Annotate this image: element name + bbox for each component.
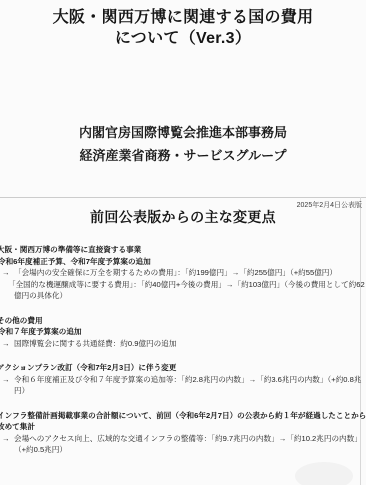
section-direct-expo-projects: 大阪・関西万博の準備等に直接資する事業 令和6年度補正予算、令和7年度予算案の追… xyxy=(0,244,366,302)
section-action-plan-revision: アクションプラン改訂（令和7年2月3日）に伴う変更 → 令和６年度補正及び令和７… xyxy=(0,362,366,397)
change-item: → 国際博覧会に関する共通経費：約0.9億円の追加 xyxy=(0,338,366,350)
change-item: 「全国的な機運醸成等に要する費用」：「約40億円+今後の費用」→「約103億円」… xyxy=(0,279,366,302)
arrow-icon: → xyxy=(2,267,10,279)
organization-line2: 経済産業省商務・サービスグループ xyxy=(0,144,366,167)
section-title: アクションプラン改訂（令和7年2月3日）に伴う変更 xyxy=(0,362,366,374)
change-item: → 「会場内の安全確保に万全を期するための費用」：「約199億円」→「約255億… xyxy=(0,267,366,279)
section-other-costs: その他の費用 令和７年度予算案の追加 → 国際博覧会に関する共通経費：約0.9億… xyxy=(0,315,366,350)
document-title: 大阪・関西万博に関連する国の費用 について（Ver.3） xyxy=(0,7,366,49)
section-subtitle: 令和７年度予算案の追加 xyxy=(0,326,366,338)
change-item-text: 令和６年度補正及び令和７年度予算案の追加等：「約2.8兆円の内数」→「約3.6兆… xyxy=(14,375,361,396)
changes-body: 大阪・関西万博の準備等に直接資する事業 令和6年度補正予算、令和7年度予算案の追… xyxy=(0,244,366,469)
section-title: インフラ整備計画掲載事業の合計額について、前回（令和6年2月7日）の公表から約１… xyxy=(0,410,366,433)
scan-smudge-artifact xyxy=(295,462,353,485)
section-title: その他の費用 xyxy=(0,315,366,327)
arrow-icon: → xyxy=(2,374,10,386)
change-item-text: 「全国的な機運醸成等に要する費用」：「約40億円+今後の費用」→「約103億円」… xyxy=(8,280,365,301)
document-page: { "cover": { "title_line1": "大阪・関西万博に関連す… xyxy=(0,0,366,485)
document-title-line2: について（Ver.3） xyxy=(0,28,366,49)
changes-heading: 前回公表版からの主な変更点 xyxy=(0,207,366,227)
change-item: → 令和６年度補正及び令和７年度予算案の追加等：「約2.8兆円の内数」→「約3.… xyxy=(0,374,366,397)
change-item-text: 「会場内の安全確保に万全を期するための費用」：「約199億円」→「約255億円」… xyxy=(14,268,337,277)
organization-block: 内閣官房国際博覧会推進本部事務局 経済産業省商務・サービスグループ xyxy=(0,121,366,167)
change-item: → 会場へのアクセス向上、広域的な交通インフラの整備等：「約9.7兆円の内数」→… xyxy=(0,433,366,456)
document-title-line1: 大阪・関西万博に関連する国の費用 xyxy=(0,7,366,28)
change-item-text: 国際博覧会に関する共通経費：約0.9億円の追加 xyxy=(14,339,176,348)
arrow-icon: → xyxy=(2,433,10,445)
change-item-text: 会場へのアクセス向上、広域的な交通インフラの整備等：「約9.7兆円の内数」→「約… xyxy=(14,434,362,455)
page-divider xyxy=(0,197,366,198)
section-subtitle: 令和6年度補正予算、令和7年度予算案の追加 xyxy=(0,256,366,268)
section-infrastructure-recount: インフラ整備計画掲載事業の合計額について、前回（令和6年2月7日）の公表から約１… xyxy=(0,410,366,456)
arrow-icon: → xyxy=(2,338,10,350)
section-title: 大阪・関西万博の準備等に直接資する事業 xyxy=(0,244,366,256)
organization-line1: 内閣官房国際博覧会推進本部事務局 xyxy=(0,121,366,144)
